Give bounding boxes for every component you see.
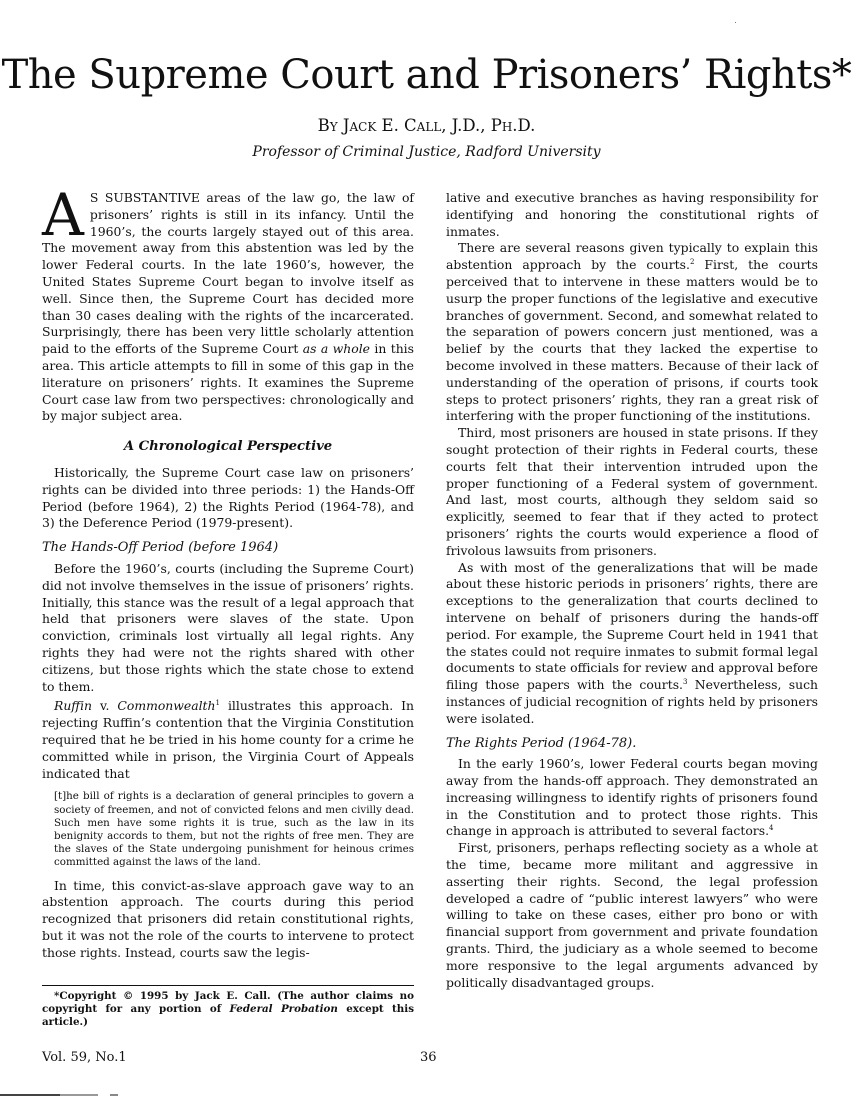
author-byline: By Jack E. Call, J.D., Ph.D. xyxy=(0,116,853,135)
left-column: AS SUBSTANTIVE areas of the law go, the … xyxy=(42,190,414,962)
intro-lead-caps: S SUBSTANTIVE xyxy=(90,190,200,205)
paragraph-ruffin: Ruffin v. Commonwealth1 illustrates this… xyxy=(42,698,414,782)
case-name-commonwealth: Commonwealth xyxy=(117,698,215,713)
subheading-rights-period: The Rights Period (1964-78). xyxy=(446,736,818,753)
paragraph-factors: First, prisoners, perhaps reflecting soc… xyxy=(446,840,818,991)
intro-emphasis: as a whole xyxy=(303,341,370,356)
intro-text: areas of the law go, the law of prisoner… xyxy=(42,190,414,356)
article-title: The Supreme Court and Prisoners’ Rights* xyxy=(0,52,853,98)
author-affiliation: Professor of Criminal Justice, Radford U… xyxy=(0,144,853,160)
volume-info: Vol. 59, No.1 xyxy=(42,1050,127,1065)
copyright-footnote: *Copyright © 1995 by Jack E. Call. (The … xyxy=(42,985,414,1029)
intro-paragraph: AS SUBSTANTIVE areas of the law go, the … xyxy=(42,190,414,425)
subheading-hands-off: The Hands-Off Period (before 1964) xyxy=(42,540,414,557)
page-number: 36 xyxy=(420,1050,437,1065)
drop-cap: A xyxy=(42,192,84,238)
paragraph-early-1960s: In the early 1960’s, lower Federal court… xyxy=(446,756,818,840)
block-quote: [t]he bill of rights is a declaration of… xyxy=(54,790,414,869)
footnote-publication: Federal Probation xyxy=(230,1003,338,1015)
paragraph-before-1960s: Before the 1960’s, courts (including the… xyxy=(42,561,414,695)
paragraph-third: Third, most prisoners are housed in stat… xyxy=(446,425,818,559)
scan-speck xyxy=(735,22,736,23)
early-1960s-text: In the early 1960’s, lower Federal court… xyxy=(446,756,818,838)
right-column: lative and executive branches as having … xyxy=(446,190,818,991)
footnote-ref-4[interactable]: 4 xyxy=(769,824,773,832)
section-heading-chronological: A Chronological Perspective xyxy=(42,439,414,456)
exceptions-text: As with most of the generalizations that… xyxy=(446,560,818,693)
scan-artifact-line xyxy=(0,1094,118,1096)
case-v: v. xyxy=(92,698,117,713)
reasons-text-cont: First, the courts perceived that to inte… xyxy=(446,257,818,423)
paragraph-exceptions: As with most of the generalizations that… xyxy=(446,560,818,728)
paragraph-continuation: lative and executive branches as having … xyxy=(446,190,818,240)
case-name-ruffin: Ruffin xyxy=(54,698,92,713)
paragraph-periods: Historically, the Supreme Court case law… xyxy=(42,465,414,532)
paragraph-reasons: There are several reasons given typicall… xyxy=(446,240,818,425)
paragraph-in-time: In time, this convict-as-slave approach … xyxy=(42,878,414,962)
